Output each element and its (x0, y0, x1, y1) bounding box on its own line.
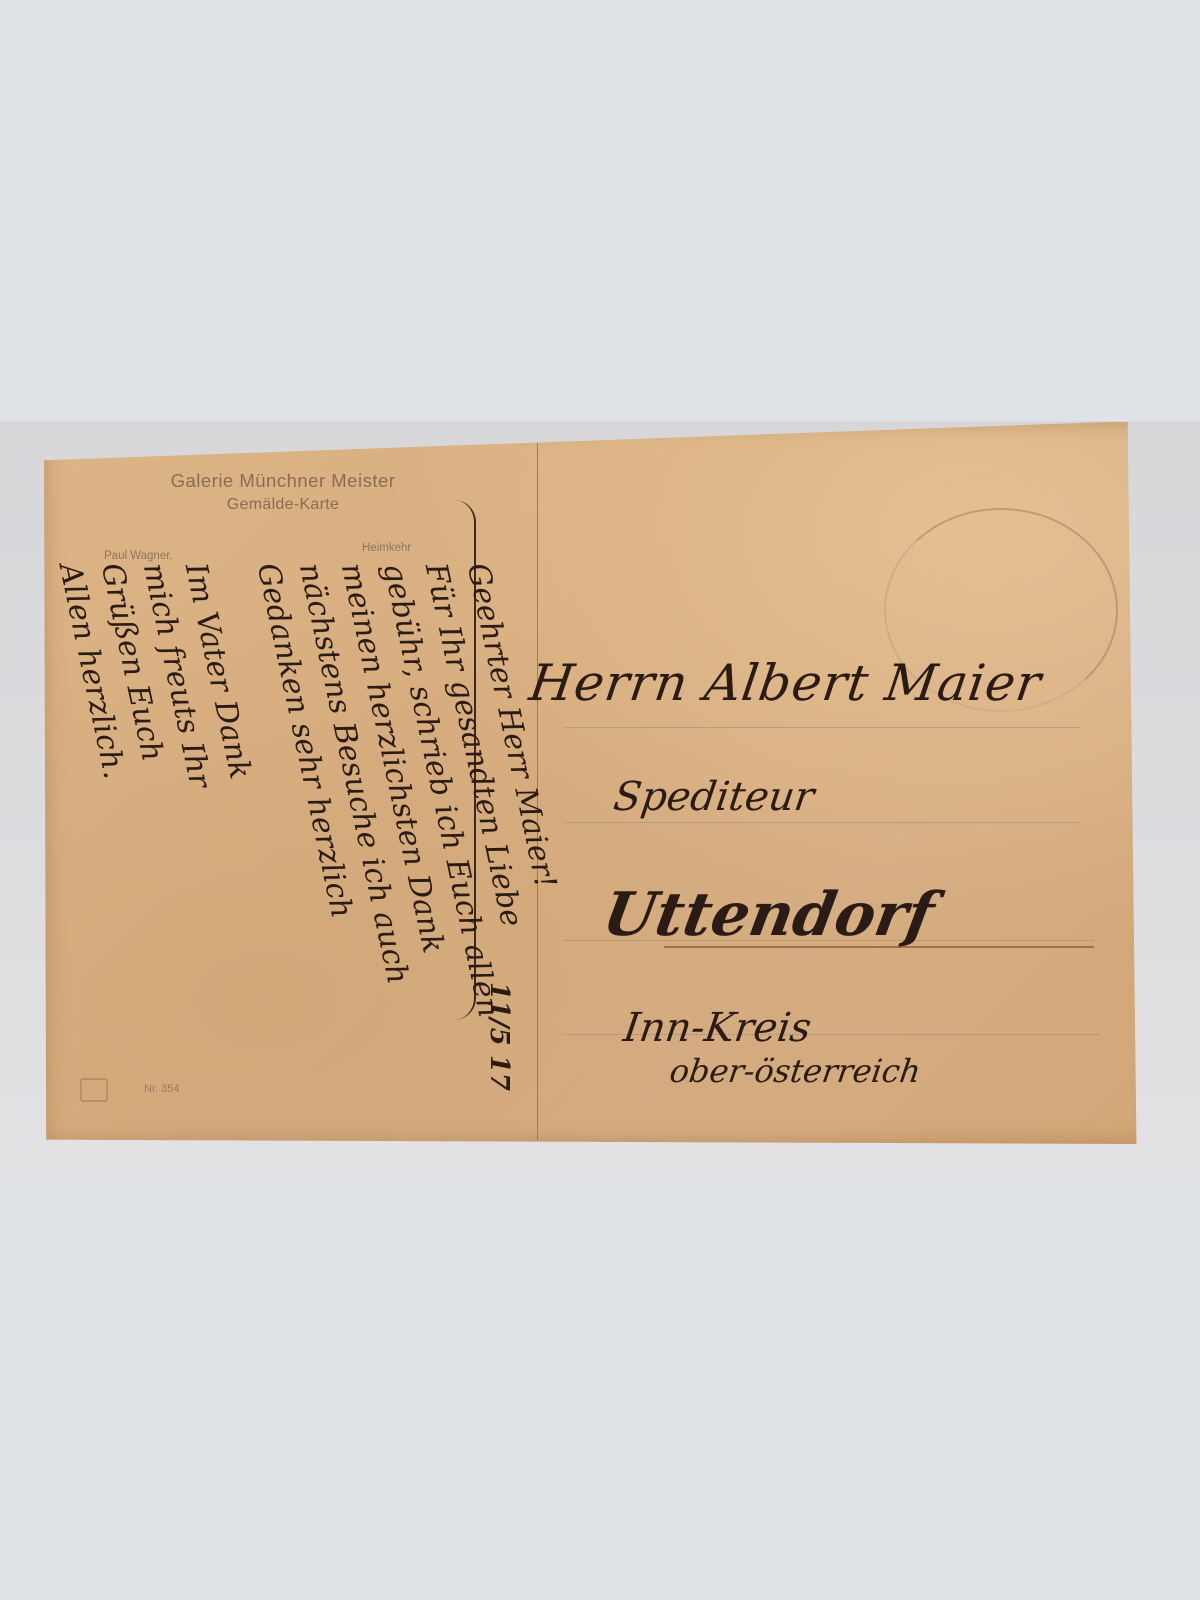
printed-painting-title: Heimkehr (362, 542, 411, 554)
recipient-district: Inn-Kreis (621, 1005, 814, 1051)
postcard: Galerie Münchner Meister Gemälde-Karte P… (44, 422, 1152, 1144)
handwritten-message: Geehrter Herr Maier! Für Ihr gesandten L… (52, 560, 532, 1120)
recipient-town: Uttendorf (598, 880, 939, 950)
recipient-name: Herrn Albert Maier (526, 654, 1045, 712)
address-line-1 (564, 727, 1079, 728)
printed-title: Galerie Münchner Meister (118, 470, 448, 492)
address-line-2 (564, 822, 1079, 823)
recipient-occupation: Spediteur (611, 774, 817, 820)
printed-subtitle: Gemälde-Karte (118, 496, 448, 514)
recipient-region: ober-österreich (667, 1052, 923, 1090)
message-date: 11/5 17 (484, 982, 514, 1091)
